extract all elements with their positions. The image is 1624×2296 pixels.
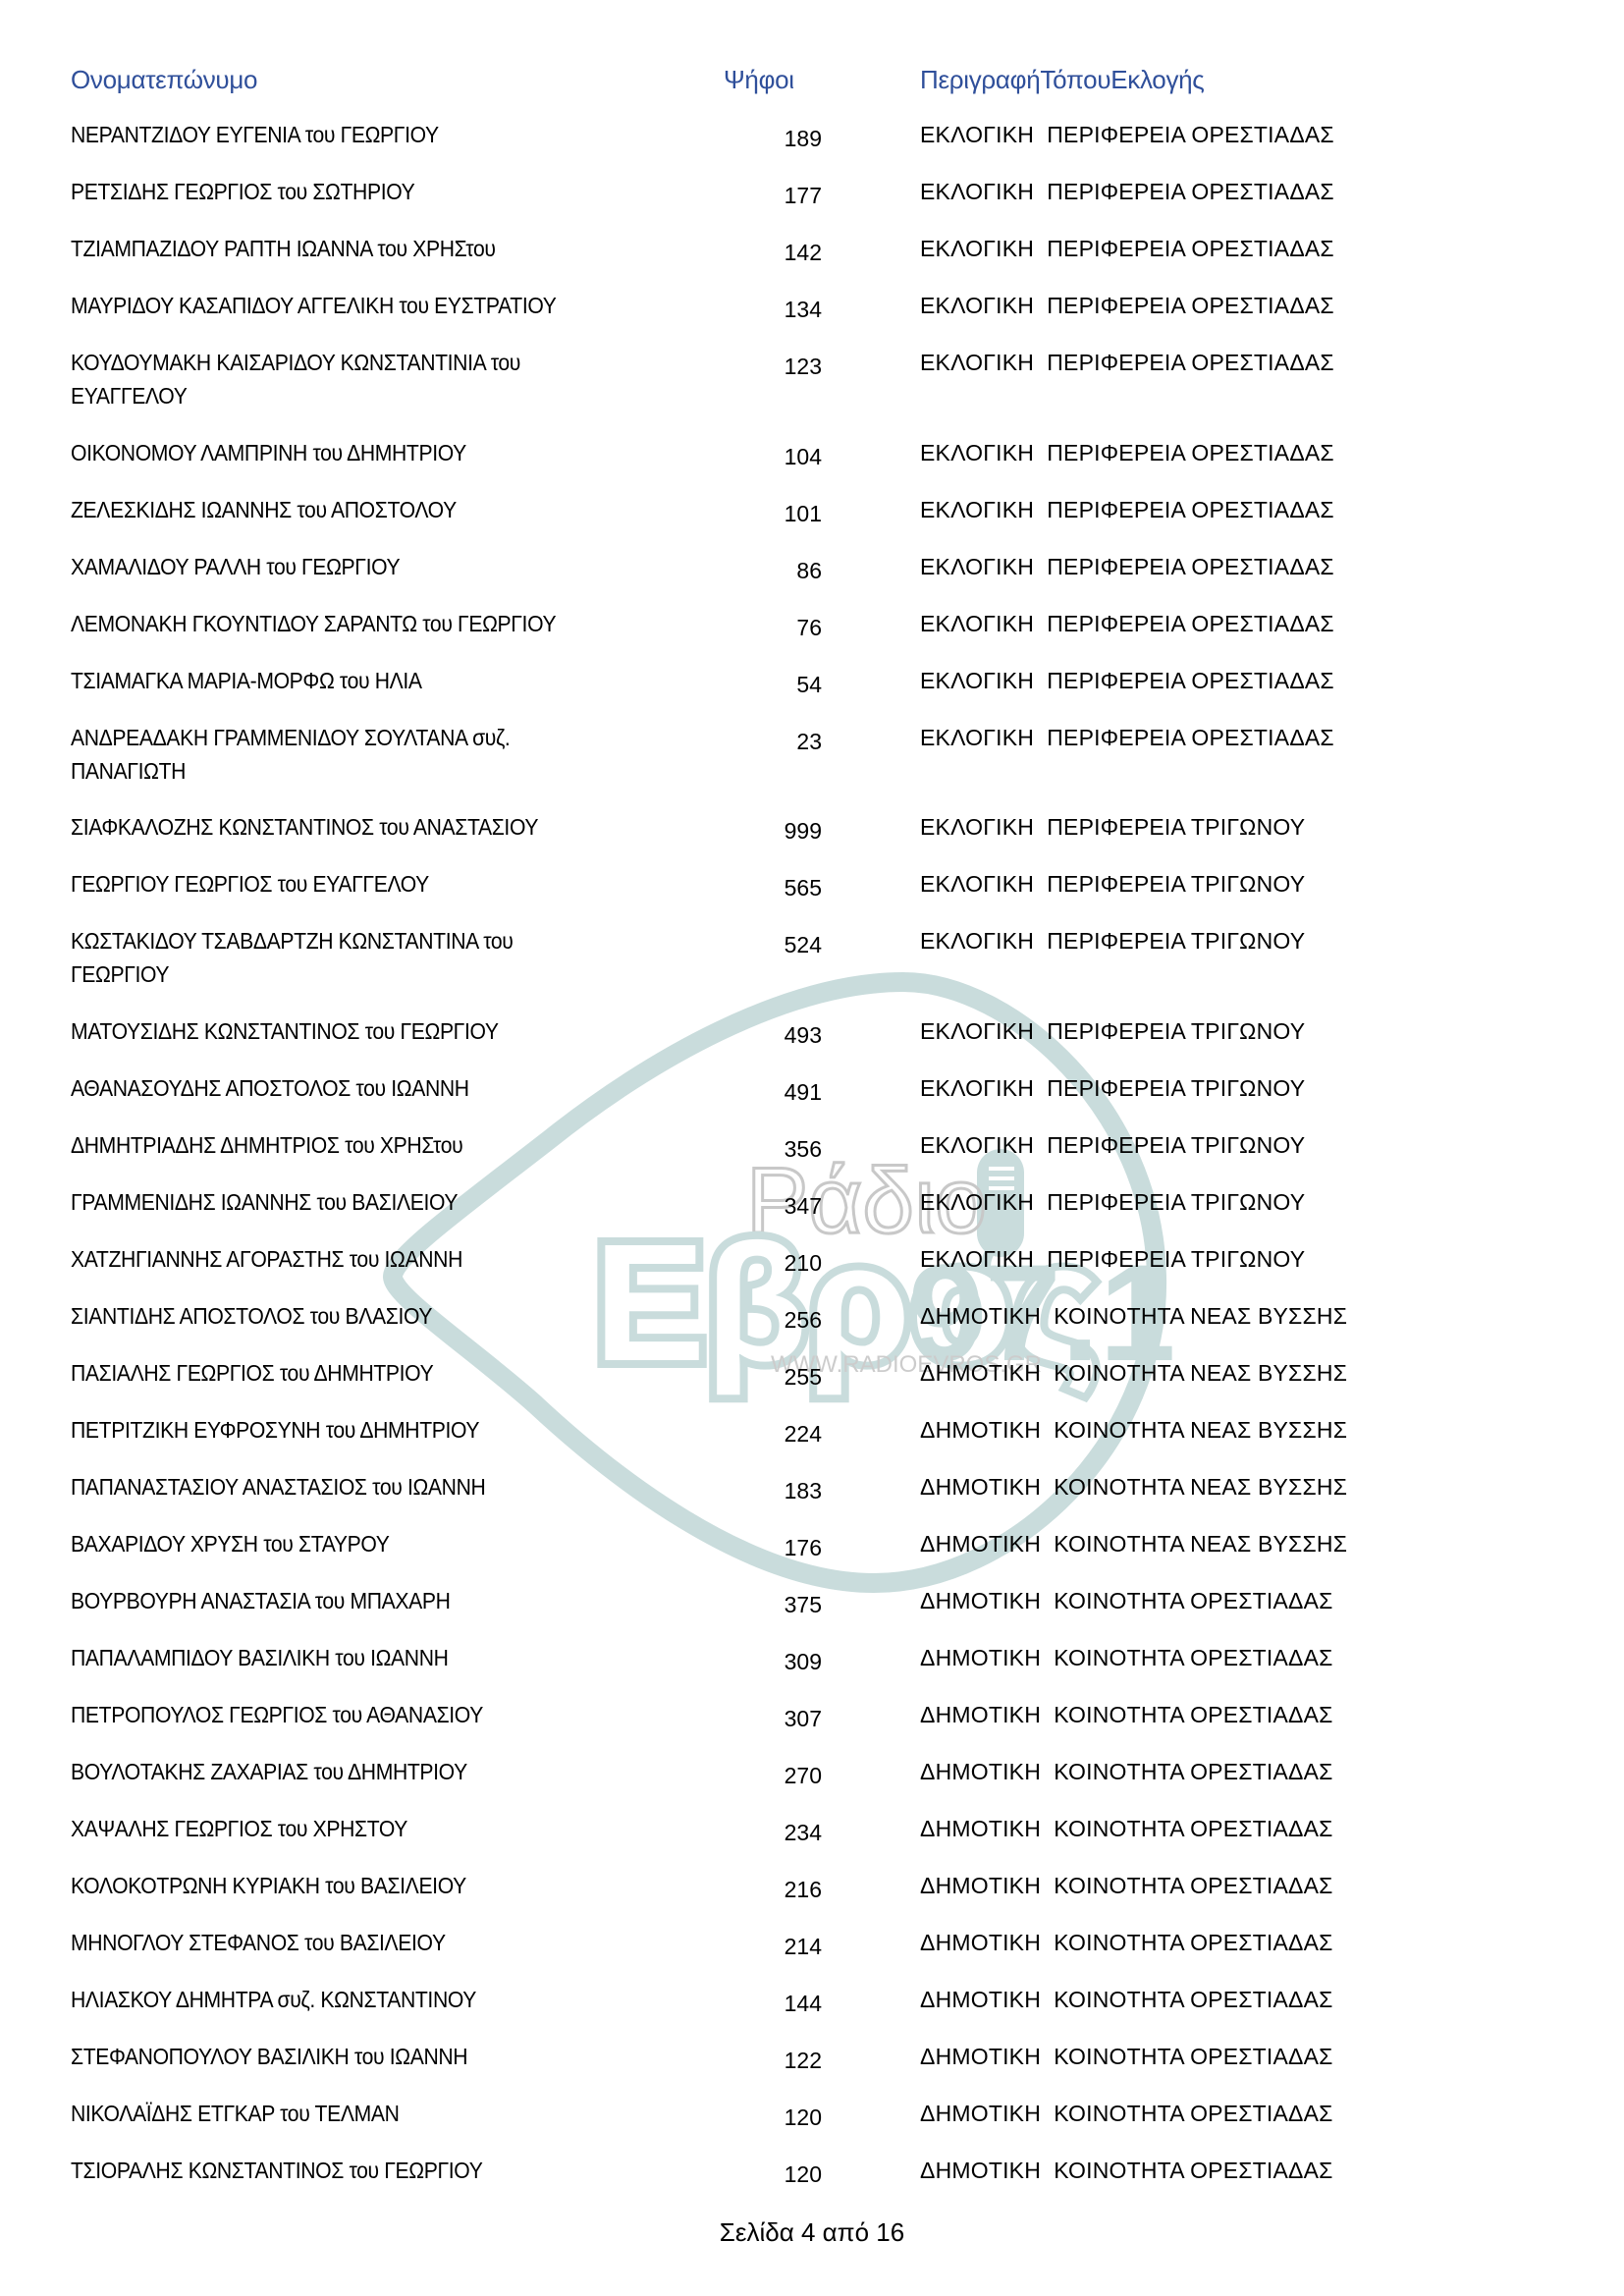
vote-count: 999 — [727, 814, 822, 847]
candidate-name: ΠΑΣΙΑΛΗΣ ΓΕΩΡΓΙΟΣ του ΔΗΜΗΤΡΙΟΥ — [71, 1356, 613, 1390]
candidate-name: ΒΟΥΛΟΤΑΚΗΣ ΖΑΧΑΡΙΑΣ του ΔΗΜΗΤΡΙΟΥ — [71, 1755, 613, 1788]
election-place: ΕΚΛΟΓΙΚΗ ΠΕΡΙΦΕΡΕΙΑ ΟΡΕΣΤΙΑΔΑΣ — [920, 436, 1334, 469]
vote-count: 375 — [727, 1588, 822, 1621]
vote-count: 524 — [727, 928, 822, 961]
vote-count: 347 — [727, 1189, 822, 1223]
election-place: ΕΚΛΟΓΙΚΗ ΠΕΡΙΦΕΡΕΙΑ ΟΡΕΣΤΙΑΔΑΣ — [920, 721, 1334, 754]
candidate-name: ΜΑΤΟΥΣΙΔΗΣ ΚΩΝΣΤΑΝΤΙΝΟΣ του ΓΕΩΡΓΙΟΥ — [71, 1014, 613, 1048]
candidate-name: ΒΟΥΡΒΟΥΡΗ ΑΝΑΣΤΑΣΙΑ του ΜΠΑΧΑΡΗ — [71, 1584, 613, 1617]
candidate-name: ΠΑΠΑΝΑΣΤΑΣΙΟΥ ΑΝΑΣΤΑΣΙΟΣ του ΙΩΑΝΝΗ — [71, 1470, 613, 1503]
vote-count: 120 — [727, 2101, 822, 2134]
election-place: ΔΗΜΟΤΙΚΗ ΚΟΙΝΟΤΗΤΑ ΟΡΕΣΤΙΑΔΑΣ — [920, 1584, 1333, 1617]
election-place: ΕΚΛΟΓΙΚΗ ΠΕΡΙΦΕΡΕΙΑ ΤΡΙΓΩΝΟΥ — [920, 810, 1305, 844]
candidate-name: ΜΗΝΟΓΛΟΥ ΣΤΕΦΑΝΟΣ του ΒΑΣΙΛΕΙΟΥ — [71, 1926, 613, 1959]
election-place: ΔΗΜΟΤΙΚΗ ΚΟΙΝΟΤΗΤΑ ΟΡΕΣΤΙΑΔΑΣ — [920, 1755, 1333, 1788]
vote-count: 54 — [727, 668, 822, 701]
candidate-name: ΒΑΧΑΡΙΔΟΥ ΧΡΥΣΗ του ΣΤΑΥΡΟΥ — [71, 1527, 613, 1560]
vote-count: 101 — [727, 497, 822, 530]
vote-count: 144 — [727, 1987, 822, 2020]
candidate-name: ΚΟΛΟΚΟΤΡΩΝΗ ΚΥΡΙΑΚΗ του ΒΑΣΙΛΕΙΟΥ — [71, 1869, 613, 1902]
page-number: Σελίδα 4 από 16 — [0, 2217, 1624, 2248]
vote-count: 255 — [727, 1360, 822, 1394]
election-place: ΕΚΛΟΓΙΚΗ ΠΕΡΙΦΕΡΕΙΑ ΟΡΕΣΤΙΑΔΑΣ — [920, 232, 1334, 265]
election-place: ΕΚΛΟΓΙΚΗ ΠΕΡΙΦΕΡΕΙΑ ΟΡΕΣΤΙΑΔΑΣ — [920, 493, 1334, 526]
election-place: ΔΗΜΟΤΙΚΗ ΚΟΙΝΟΤΗΤΑ ΟΡΕΣΤΙΑΔΑΣ — [920, 1641, 1333, 1674]
election-place: ΕΚΛΟΓΙΚΗ ΠΕΡΙΦΕΡΕΙΑ ΟΡΕΣΤΙΑΔΑΣ — [920, 346, 1334, 379]
vote-count: 224 — [727, 1417, 822, 1450]
candidate-name: ΧΑΜΑΛΙΔΟΥ ΡΑΛΛΗ του ΓΕΩΡΓΙΟΥ — [71, 550, 613, 583]
election-place: ΔΗΜΟΤΙΚΗ ΚΟΙΝΟΤΗΤΑ ΟΡΕΣΤΙΑΔΑΣ — [920, 1812, 1333, 1845]
candidate-name: ΛΕΜΟΝΑΚΗ ΓΚΟΥΝΤΙΔΟΥ ΣΑΡΑΝΤΩ του ΓΕΩΡΓΙΟΥ — [71, 607, 613, 640]
candidate-name: ΗΛΙΑΣΚΟΥ ΔΗΜΗΤΡΑ συζ. ΚΩΝΣΤΑΝΤΙΝΟΥ — [71, 1983, 613, 2016]
election-place: ΕΚΛΟΓΙΚΗ ΠΕΡΙΦΕΡΕΙΑ ΟΡΕΣΤΙΑΔΑΣ — [920, 550, 1334, 583]
vote-count: 210 — [727, 1246, 822, 1280]
election-place: ΕΚΛΟΓΙΚΗ ΠΕΡΙΦΕΡΕΙΑ ΤΡΙΓΩΝΟΥ — [920, 924, 1305, 957]
candidate-name: ΣΤΕΦΑΝΟΠΟΥΛΟΥ ΒΑΣΙΛΙΚΗ του ΙΩΑΝΝΗ — [71, 2040, 613, 2073]
candidate-name: ΑΝΔΡΕΑΔΑΚΗ ΓΡΑΜΜΕΝΙΔΟΥ ΣΟΥΛΤΑΝΑ συζ. ΠΑΝ… — [71, 721, 590, 788]
election-place: ΕΚΛΟΓΙΚΗ ΠΕΡΙΦΕΡΕΙΑ ΟΡΕΣΤΙΑΔΑΣ — [920, 664, 1334, 697]
election-place: ΔΗΜΟΤΙΚΗ ΚΟΙΝΟΤΗΤΑ ΝΕΑΣ ΒΥΣΣΗΣ — [920, 1356, 1347, 1390]
election-place: ΔΗΜΟΤΙΚΗ ΚΟΙΝΟΤΗΤΑ ΝΕΑΣ ΒΥΣΣΗΣ — [920, 1413, 1347, 1447]
column-header-name: Ονοματεπώνυμο — [71, 65, 257, 95]
candidate-name: ΧΑΨΑΛΗΣ ΓΕΩΡΓΙΟΣ του ΧΡΗΣΤΟΥ — [71, 1812, 613, 1845]
election-place: ΔΗΜΟΤΙΚΗ ΚΟΙΝΟΤΗΤΑ ΟΡΕΣΤΙΑΔΑΣ — [920, 1983, 1333, 2016]
vote-count: 23 — [727, 725, 822, 758]
vote-count: 134 — [727, 293, 822, 326]
election-place: ΔΗΜΟΤΙΚΗ ΚΟΙΝΟΤΗΤΑ ΟΡΕΣΤΙΑΔΑΣ — [920, 2154, 1333, 2187]
election-place: ΕΚΛΟΓΙΚΗ ΠΕΡΙΦΕΡΕΙΑ ΤΡΙΓΩΝΟΥ — [920, 867, 1305, 901]
election-place: ΕΚΛΟΓΙΚΗ ΠΕΡΙΦΕΡΕΙΑ ΟΡΕΣΤΙΑΔΑΣ — [920, 175, 1334, 208]
candidate-name: ΚΩΣΤΑΚΙΔΟΥ ΤΣΑΒΔΑΡΤΖΗ ΚΩΝΣΤΑΝΤΙΝΑ του ΓΕ… — [71, 924, 590, 991]
vote-count: 256 — [727, 1303, 822, 1337]
candidate-name: ΖΕΛΕΣΚΙΔΗΣ ΙΩΑΝΝΗΣ του ΑΠΟΣΤΟΛΟΥ — [71, 493, 613, 526]
election-place: ΕΚΛΟΓΙΚΗ ΠΕΡΙΦΕΡΕΙΑ ΤΡΙΓΩΝΟΥ — [920, 1185, 1305, 1219]
vote-count: 123 — [727, 350, 822, 383]
election-place: ΔΗΜΟΤΙΚΗ ΚΟΙΝΟΤΗΤΑ ΟΡΕΣΤΙΑΔΑΣ — [920, 1926, 1333, 1959]
election-place: ΕΚΛΟΓΙΚΗ ΠΕΡΙΦΕΡΕΙΑ ΤΡΙΓΩΝΟΥ — [920, 1242, 1305, 1276]
candidate-name: ΓΡΑΜΜΕΝΙΔΗΣ ΙΩΑΝΝΗΣ του ΒΑΣΙΛΕΙΟΥ — [71, 1185, 613, 1219]
election-place: ΕΚΛΟΓΙΚΗ ΠΕΡΙΦΕΡΕΙΑ ΤΡΙΓΩΝΟΥ — [920, 1071, 1305, 1105]
candidate-name: ΚΟΥΔΟΥΜΑΚΗ ΚΑΙΣΑΡΙΔΟΥ ΚΩΝΣΤΑΝΤΙΝΙΑ του Ε… — [71, 346, 590, 412]
election-place: ΔΗΜΟΤΙΚΗ ΚΟΙΝΟΤΗΤΑ ΟΡΕΣΤΙΑΔΑΣ — [920, 1869, 1333, 1902]
vote-count: 493 — [727, 1018, 822, 1052]
candidate-name: ΤΣΙΟΡΑΛΗΣ ΚΩΝΣΤΑΝΤΙΝΟΣ του ΓΕΩΡΓΙΟΥ — [71, 2154, 613, 2187]
candidate-name: ΓΕΩΡΓΙΟΥ ΓΕΩΡΓΙΟΣ του ΕΥΑΓΓΕΛΟΥ — [71, 867, 613, 901]
candidate-name: ΧΑΤΖΗΓΙΑΝΝΗΣ ΑΓΟΡΑΣΤΗΣ του ΙΩΑΝΝΗ — [71, 1242, 613, 1276]
candidate-name: ΜΑΥΡΙΔΟΥ ΚΑΣΑΠΙΔΟΥ ΑΓΓΕΛΙΚΗ του ΕΥΣΤΡΑΤΙ… — [71, 289, 613, 322]
vote-count: 214 — [727, 1930, 822, 1963]
election-place: ΔΗΜΟΤΙΚΗ ΚΟΙΝΟΤΗΤΑ ΝΕΑΣ ΒΥΣΣΗΣ — [920, 1470, 1347, 1503]
election-place: ΕΚΛΟΓΙΚΗ ΠΕΡΙΦΕΡΕΙΑ ΤΡΙΓΩΝΟΥ — [920, 1014, 1305, 1048]
election-place: ΔΗΜΟΤΙΚΗ ΚΟΙΝΟΤΗΤΑ ΟΡΕΣΤΙΑΔΑΣ — [920, 2040, 1333, 2073]
vote-count: 270 — [727, 1759, 822, 1792]
vote-count: 120 — [727, 2158, 822, 2191]
candidate-name: ΣΙΑΝΤΙΔΗΣ ΑΠΟΣΤΟΛΟΣ του ΒΛΑΣΙΟΥ — [71, 1299, 613, 1333]
candidate-name: ΠΕΤΡΟΠΟΥΛΟΣ ΓΕΩΡΓΙΟΣ του ΑΘΑΝΑΣΙΟΥ — [71, 1698, 613, 1731]
candidate-name: ΝΕΡΑΝΤΖΙΔΟΥ ΕΥΓΕΝΙΑ του ΓΕΩΡΓΙΟΥ — [71, 118, 613, 151]
election-place: ΕΚΛΟΓΙΚΗ ΠΕΡΙΦΕΡΕΙΑ ΟΡΕΣΤΙΑΔΑΣ — [920, 289, 1334, 322]
vote-count: 86 — [727, 554, 822, 587]
vote-count: 189 — [727, 122, 822, 155]
vote-count: 565 — [727, 871, 822, 904]
candidate-name: ΣΙΑΦΚΑΛΟΖΗΣ ΚΩΝΣΤΑΝΤΙΝΟΣ του ΑΝΑΣΤΑΣΙΟΥ — [71, 810, 613, 844]
vote-count: 183 — [727, 1474, 822, 1507]
candidate-name: ΝΙΚΟΛΑΪΔΗΣ ΕΤΓΚΑΡ του ΤΕΛΜΑΝ — [71, 2097, 613, 2130]
election-place: ΔΗΜΟΤΙΚΗ ΚΟΙΝΟΤΗΤΑ ΟΡΕΣΤΙΑΔΑΣ — [920, 1698, 1333, 1731]
vote-count: 122 — [727, 2044, 822, 2077]
candidate-name: ΟΙΚΟΝΟΜΟΥ ΛΑΜΠΡΙΝΗ του ΔΗΜΗΤΡΙΟΥ — [71, 436, 613, 469]
candidate-name: ΤΣΙΑΜΑΓΚΑ ΜΑΡΙΑ-ΜΟΡΦΩ του ΗΛΙΑ — [71, 664, 613, 697]
candidate-name: ΡΕΤΣΙΔΗΣ ΓΕΩΡΓΙΟΣ του ΣΩΤΗΡΙΟΥ — [71, 175, 613, 208]
column-header-place: ΠεριγραφήΤόπουΕκλογής — [920, 65, 1205, 95]
candidate-name: ΤΖΙΑΜΠΑΖΙΔΟΥ ΡΑΠΤΗ ΙΩΑΝΝΑ του ΧΡΗΣτου — [71, 232, 613, 265]
election-place: ΔΗΜΟΤΙΚΗ ΚΟΙΝΟΤΗΤΑ ΟΡΕΣΤΙΑΔΑΣ — [920, 2097, 1333, 2130]
election-place: ΕΚΛΟΓΙΚΗ ΠΕΡΙΦΕΡΕΙΑ ΟΡΕΣΤΙΑΔΑΣ — [920, 118, 1334, 151]
vote-count: 234 — [727, 1816, 822, 1849]
election-place: ΔΗΜΟΤΙΚΗ ΚΟΙΝΟΤΗΤΑ ΝΕΑΣ ΒΥΣΣΗΣ — [920, 1299, 1347, 1333]
vote-count: 309 — [727, 1645, 822, 1678]
vote-count: 177 — [727, 179, 822, 212]
candidate-name: ΠΑΠΑΛΑΜΠΙΔΟΥ ΒΑΣΙΛΙΚΗ του ΙΩΑΝΝΗ — [71, 1641, 613, 1674]
vote-count: 307 — [727, 1702, 822, 1735]
column-header-votes: Ψήφοι — [724, 65, 794, 95]
vote-count: 216 — [727, 1873, 822, 1906]
candidate-name: ΔΗΜΗΤΡΙΑΔΗΣ ΔΗΜΗΤΡΙΟΣ του ΧΡΗΣτου — [71, 1128, 613, 1162]
election-place: ΔΗΜΟΤΙΚΗ ΚΟΙΝΟΤΗΤΑ ΝΕΑΣ ΒΥΣΣΗΣ — [920, 1527, 1347, 1560]
election-place: ΕΚΛΟΓΙΚΗ ΠΕΡΙΦΕΡΕΙΑ ΟΡΕΣΤΙΑΔΑΣ — [920, 607, 1334, 640]
candidate-name: ΠΕΤΡΙΤΖΙΚΗ ΕΥΦΡΟΣΥΝΗ του ΔΗΜΗΤΡΙΟΥ — [71, 1413, 613, 1447]
candidate-name: ΑΘΑΝΑΣΟΥΔΗΣ ΑΠΟΣΤΟΛΟΣ του ΙΩΑΝΝΗ — [71, 1071, 613, 1105]
vote-count: 356 — [727, 1132, 822, 1166]
vote-count: 142 — [727, 236, 822, 269]
vote-count: 76 — [727, 611, 822, 644]
vote-count: 104 — [727, 440, 822, 473]
vote-count: 491 — [727, 1075, 822, 1109]
election-place: ΕΚΛΟΓΙΚΗ ΠΕΡΙΦΕΡΕΙΑ ΤΡΙΓΩΝΟΥ — [920, 1128, 1305, 1162]
vote-count: 176 — [727, 1531, 822, 1564]
